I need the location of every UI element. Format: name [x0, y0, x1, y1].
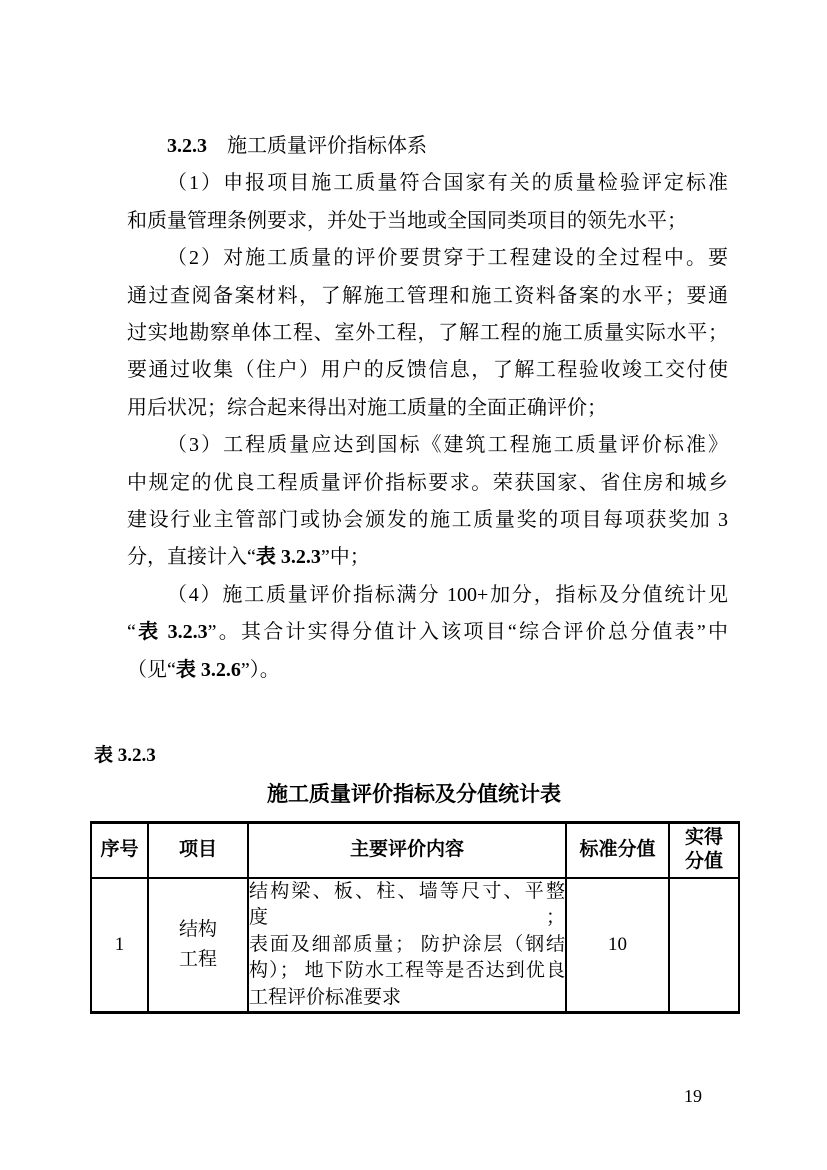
text-run: （见“	[127, 659, 176, 681]
paragraph-line: （3）工程质量应达到国标《建筑工程施工质量评价标准》	[127, 427, 728, 464]
paragraph-line: （4）施工质量评价指标满分 100+加分，指标及分值统计见	[127, 577, 728, 614]
paragraph-line: “表 3.2.3”。其合计实得分值计入该项目“综合评价总分值表”中	[127, 614, 728, 651]
paragraph-line: 过实地勘察单体工程、室外工程，了解工程的施工质量实际水平；	[127, 315, 728, 352]
table-row: 1结构 工程结构梁、板、柱、墙等尺寸、平整度；表面及细部质量； 防护涂层（钢结构…	[91, 878, 739, 1013]
text-run: 表面及细部质量； 防护涂层（钢结	[249, 934, 565, 955]
paragraph-line: 分，直接计入“表 3.2.3”中；	[127, 539, 728, 576]
paragraph-line: 用后状况；综合起来得出对施工质量的全面正确评价；	[127, 390, 728, 427]
paragraph-line: 和质量管理条例要求，并处于当地或全国同类项目的领先水平；	[127, 203, 728, 240]
paragraph-line: 要通过收集（住户）用户的反馈信息，了解工程验收竣工交付使	[127, 352, 728, 389]
text-run: 用后状况；综合起来得出对施工质量的全面正确评价；	[127, 397, 607, 419]
column-header: 标准分值	[566, 823, 669, 878]
paragraph-line: 通过查阅备案材料，了解施工管理和施工资料备案的水平；要通	[127, 278, 728, 315]
column-header: 实得 分值	[669, 823, 739, 878]
bold-text-run: 表 3.2.6	[176, 659, 241, 681]
text-run: 通过查阅备案材料，了解施工管理和施工资料备案的水平；要通	[127, 285, 728, 307]
text-run: ”）。	[241, 659, 280, 681]
column-header: 项目	[148, 823, 248, 878]
cell-actual-score	[669, 878, 739, 1013]
paragraph-line: 建设行业主管部门或协会颁发的施工质量奖的项目每项获奖加 3	[127, 502, 728, 539]
paragraph-line: （1）申报项目施工质量符合国家有关的质量检验评定标准	[127, 165, 728, 202]
text-run: 分，直接计入“	[127, 546, 256, 568]
cell-content-line: 表面及细部质量； 防护涂层（钢结	[249, 932, 565, 959]
text-run: “	[127, 621, 136, 643]
text-run: （3）工程质量应达到国标《建筑工程施工质量评价标准》	[167, 434, 728, 456]
table-label: 表 3.2.3	[94, 740, 156, 767]
section-heading: 3.2.3 施工质量评价指标体系	[127, 128, 728, 165]
cell-evaluation-content: 结构梁、板、柱、墙等尺寸、平整度；表面及细部质量； 防护涂层（钢结构）； 地下防…	[248, 878, 566, 1013]
text-run: （2）对施工质量的评价要贯穿于工程建设的全过程中。要	[167, 247, 728, 269]
text-run: 要通过收集（住户）用户的反馈信息，了解工程验收竣工交付使	[127, 359, 728, 381]
cell-item: 结构 工程	[148, 878, 248, 1013]
text-run: 建设行业主管部门或协会颁发的施工质量奖的项目每项获奖加 3	[127, 509, 728, 531]
bold-text-run: 表 3.2.3	[136, 621, 208, 643]
paragraph-line: （见“表 3.2.6”）。	[127, 652, 728, 689]
text-run: 和质量管理条例要求，并处于当地或全国同类项目的领先水平；	[127, 210, 687, 232]
text-run: （1）申报项目施工质量符合国家有关的质量检验评定标准	[167, 172, 728, 194]
column-header: 主要评价内容	[248, 823, 566, 878]
paragraph-line: 中规定的优良工程质量评价指标要求。荣获国家、省住房和城乡	[127, 465, 728, 502]
score-table: 序号项目主要评价内容标准分值实得 分值 1结构 工程结构梁、板、柱、墙等尺寸、平…	[90, 821, 740, 1014]
page-number: 19	[684, 1086, 702, 1107]
text-run: 施工质量评价指标体系	[207, 135, 427, 157]
text-run: ”。其合计实得分值计入该项目“综合评价总分值表”中	[208, 621, 728, 643]
cell-standard-score: 10	[566, 878, 669, 1013]
bold-text-run: 表 3.2.3	[256, 546, 321, 568]
cell-serial-number: 1	[91, 878, 148, 1013]
paragraph-line: （2）对施工质量的评价要贯穿于工程建设的全过程中。要	[127, 240, 728, 277]
bold-text-run: 3.2.3	[167, 135, 207, 157]
text-run: 中规定的优良工程质量评价指标要求。荣获国家、省住房和城乡	[127, 472, 728, 494]
text-run: ”中；	[321, 546, 370, 568]
text-run: 构）； 地下防水工程等是否达到优良	[249, 960, 565, 981]
body-text: 3.2.3 施工质量评价指标体系（1）申报项目施工质量符合国家有关的质量检验评定…	[127, 128, 728, 689]
cell-content-line: 结构梁、板、柱、墙等尺寸、平整度；	[249, 879, 565, 932]
text-run: 结构梁、板、柱、墙等尺寸、平整度；	[249, 881, 565, 929]
text-run: 过实地勘察单体工程、室外工程，了解工程的施工质量实际水平；	[127, 322, 728, 344]
table-header-row: 序号项目主要评价内容标准分值实得 分值	[91, 823, 739, 878]
column-header: 序号	[91, 823, 148, 878]
cell-content-line: 工程评价标准要求	[249, 985, 565, 1012]
cell-content-line: 构）； 地下防水工程等是否达到优良	[249, 958, 565, 985]
table-title: 施工质量评价指标及分值统计表	[90, 778, 738, 808]
text-run: （4）施工质量评价指标满分 100+加分，指标及分值统计见	[167, 584, 728, 606]
text-run: 工程评价标准要求	[249, 987, 401, 1008]
